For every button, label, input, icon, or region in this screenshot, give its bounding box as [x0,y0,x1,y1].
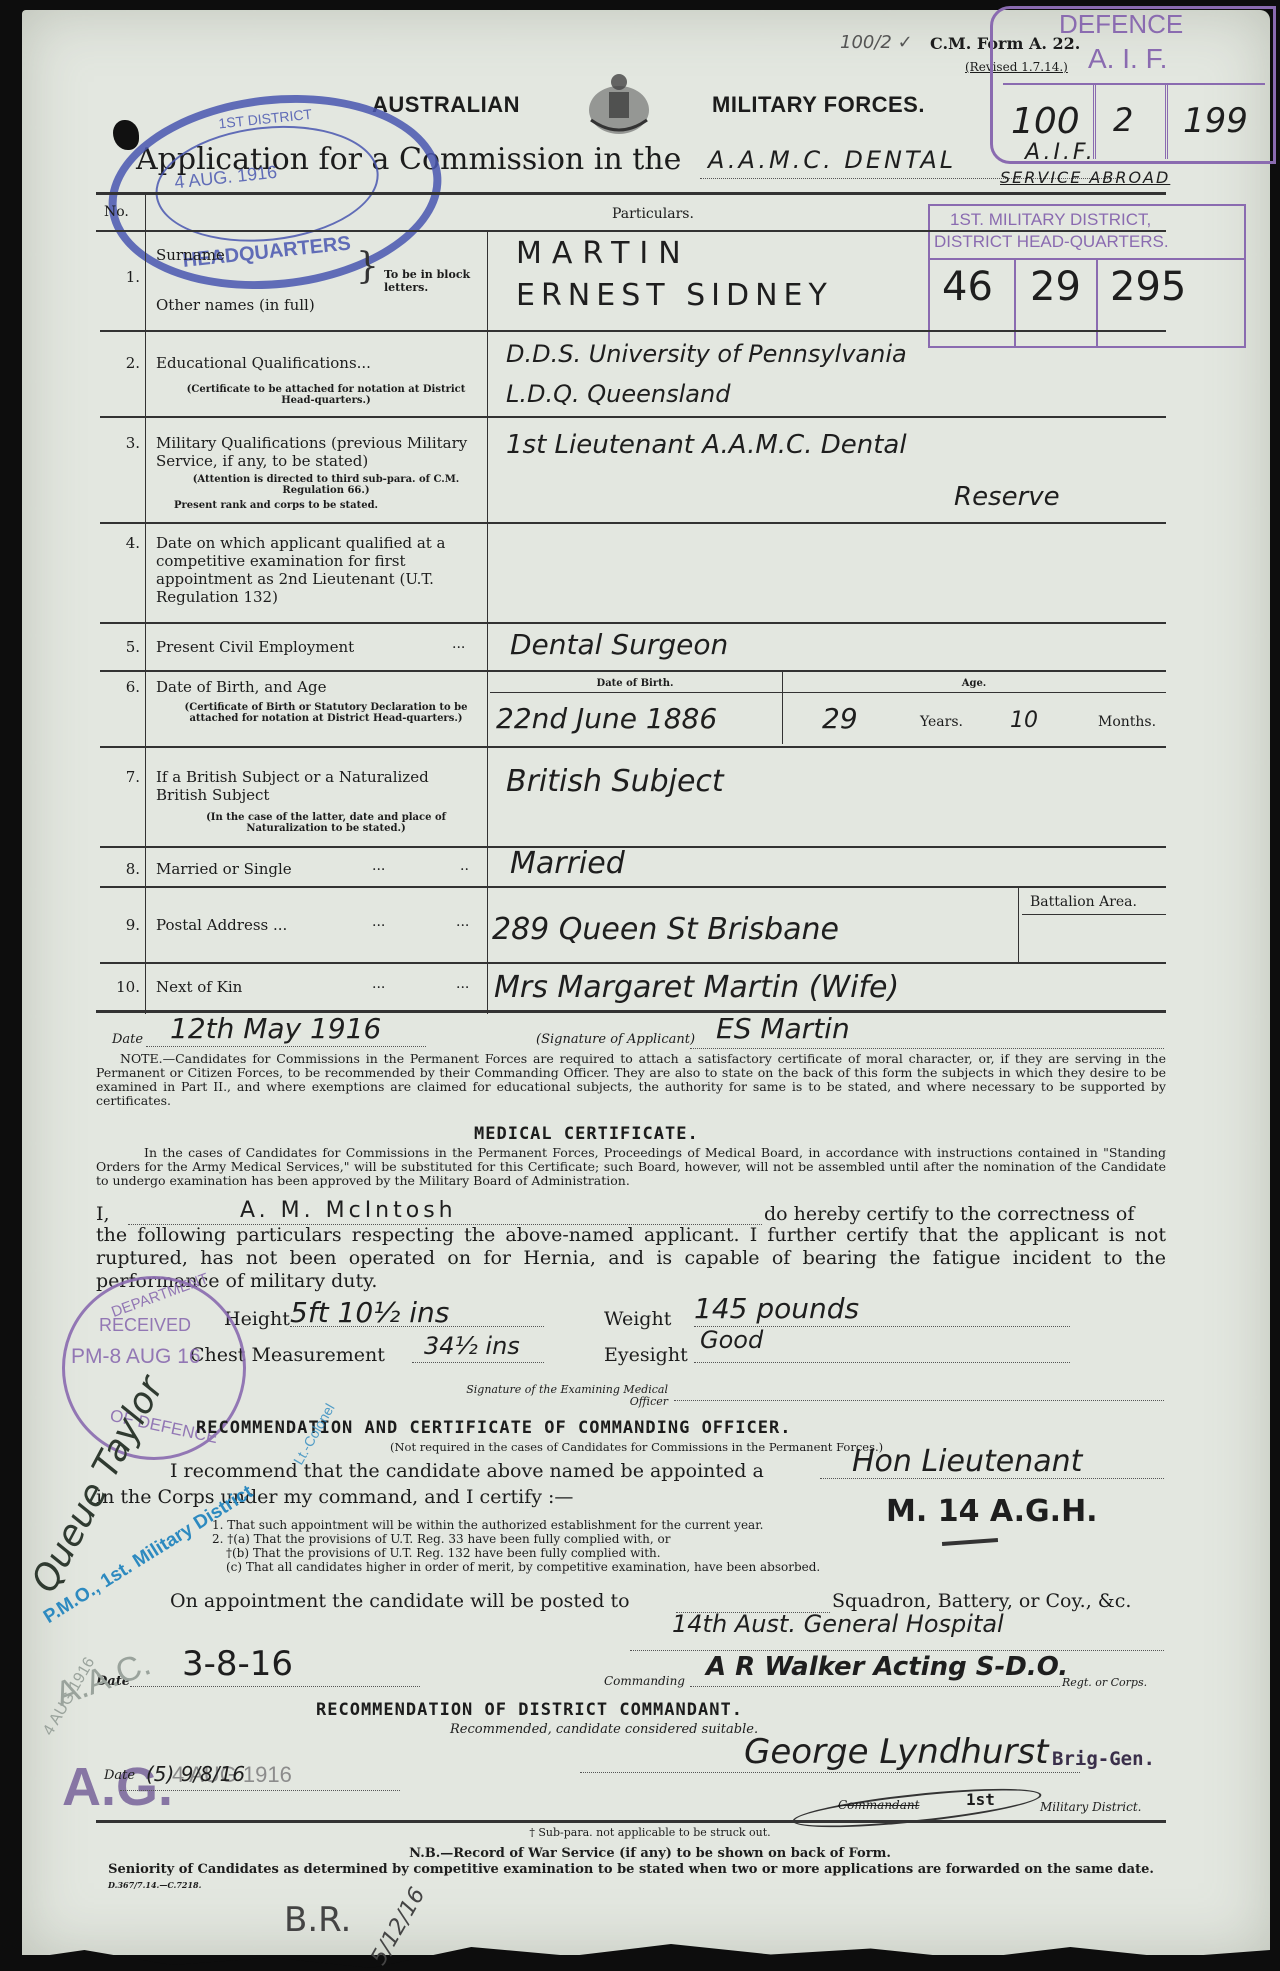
medical-intro: In the cases of Candidates for Commissio… [96,1146,1166,1188]
application-date-value: 12th May 1916 [170,1012,381,1045]
military-qual-value-2: Reserve [954,482,1060,512]
district-number: 1st [966,1790,995,1809]
eyesight-value: Good [700,1326,763,1354]
date-of-birth-value: 22nd June 1886 [496,702,717,735]
postal-address-value: 289 Queen St Brisbane [492,912,839,947]
commanding-officer-heading: RECOMMENDATION AND CERTIFICATE OF COMMAN… [196,1418,791,1438]
military-qual-value-1: 1st Lieutenant A.A.M.C. Dental [506,430,907,460]
other-names-value: ERNEST SIDNEY [516,278,833,313]
district-commandant-signature: George Lyndhurst [744,1732,1048,1772]
medical-signature-label: Signature of the Examining Medical Offic… [464,1384,668,1408]
district-date-value: (5) 9/8/16 [146,1762,245,1786]
column-header-particulars: Particulars. [612,206,694,222]
war-service-note: N.B.—Record of War Service (if any) to b… [0,1846,1280,1861]
rank-value: Brig-Gen. [1052,1748,1155,1770]
commanding-date-value: 3-8-16 [182,1644,293,1684]
height-value: 5ft 10½ ins [290,1296,449,1329]
defence-aif-stamp: DEFENCE A. I. F. 100 2 199 [990,6,1276,164]
commanding-officer-signature: A R Walker Acting S-D.O. [706,1652,1068,1682]
district-commandant-subheading: Recommended, candidate considered suitab… [450,1722,758,1737]
certify-items: 1. That such appointment will be within … [212,1518,820,1574]
education-value-2: L.D.Q. Queensland [506,380,730,408]
district-commandant-heading: RECOMMENDATION OF DISTRICT COMMANDANT. [316,1700,743,1720]
struck-out-note: † Sub-para. not applicable to be struck … [0,1826,1280,1839]
br-note: B.R. [284,1900,351,1940]
column-header-no: No. [104,204,129,220]
org-name-right: MILITARY FORCES. [712,92,925,118]
british-subject-value: British Subject [506,764,724,799]
next-of-kin-value: Mrs Margaret Martin (Wife) [494,970,899,1005]
age-years-value: 29 [822,702,858,735]
medical-certify-text: the following particulars respecting the… [96,1224,1166,1293]
age-months-value: 10 [1010,708,1038,733]
marital-status-value: Married [510,846,625,881]
medical-officer-name: A. M. McIntosh [240,1198,457,1223]
civil-employment-value: Dental Surgeon [510,628,728,661]
education-value-1: D.D.S. University of Pennsylvania [506,340,907,368]
applicant-signature: ES Martin [716,1012,850,1045]
reference-note: 100/2 ✓ [840,32,913,53]
district-hq-stamp: 1ST. MILITARY DISTRICT, DISTRICT HEAD-QU… [928,204,1246,348]
weight-value: 145 pounds [694,1292,859,1325]
unit-value: M. 14 A.G.H. [886,1494,1098,1529]
print-code: D.367/7.14.—C.7218. [108,1880,201,1890]
medical-certificate-heading: MEDICAL CERTIFICATE. [474,1124,699,1144]
commanding-officer-subheading: (Not required in the cases of Candidates… [390,1440,883,1454]
org-name-left: AUSTRALIAN [372,92,520,118]
coat-of-arms-icon [583,70,655,138]
posted-to-value: 14th Aust. General Hospital [672,1610,1004,1638]
surname-value: MARTIN [516,236,691,271]
chest-measurement-value: 34½ ins [424,1332,520,1360]
seniority-note: Seniority of Candidates as determined by… [96,1862,1166,1877]
applicant-note: NOTE.—Candidates for Commissions in the … [96,1052,1166,1108]
title-corps: A.A.M.C. DENTAL [708,146,956,174]
appointment-value: Hon Lieutenant [852,1444,1082,1479]
title-service-abroad: SERVICE ABROAD [1000,168,1170,187]
